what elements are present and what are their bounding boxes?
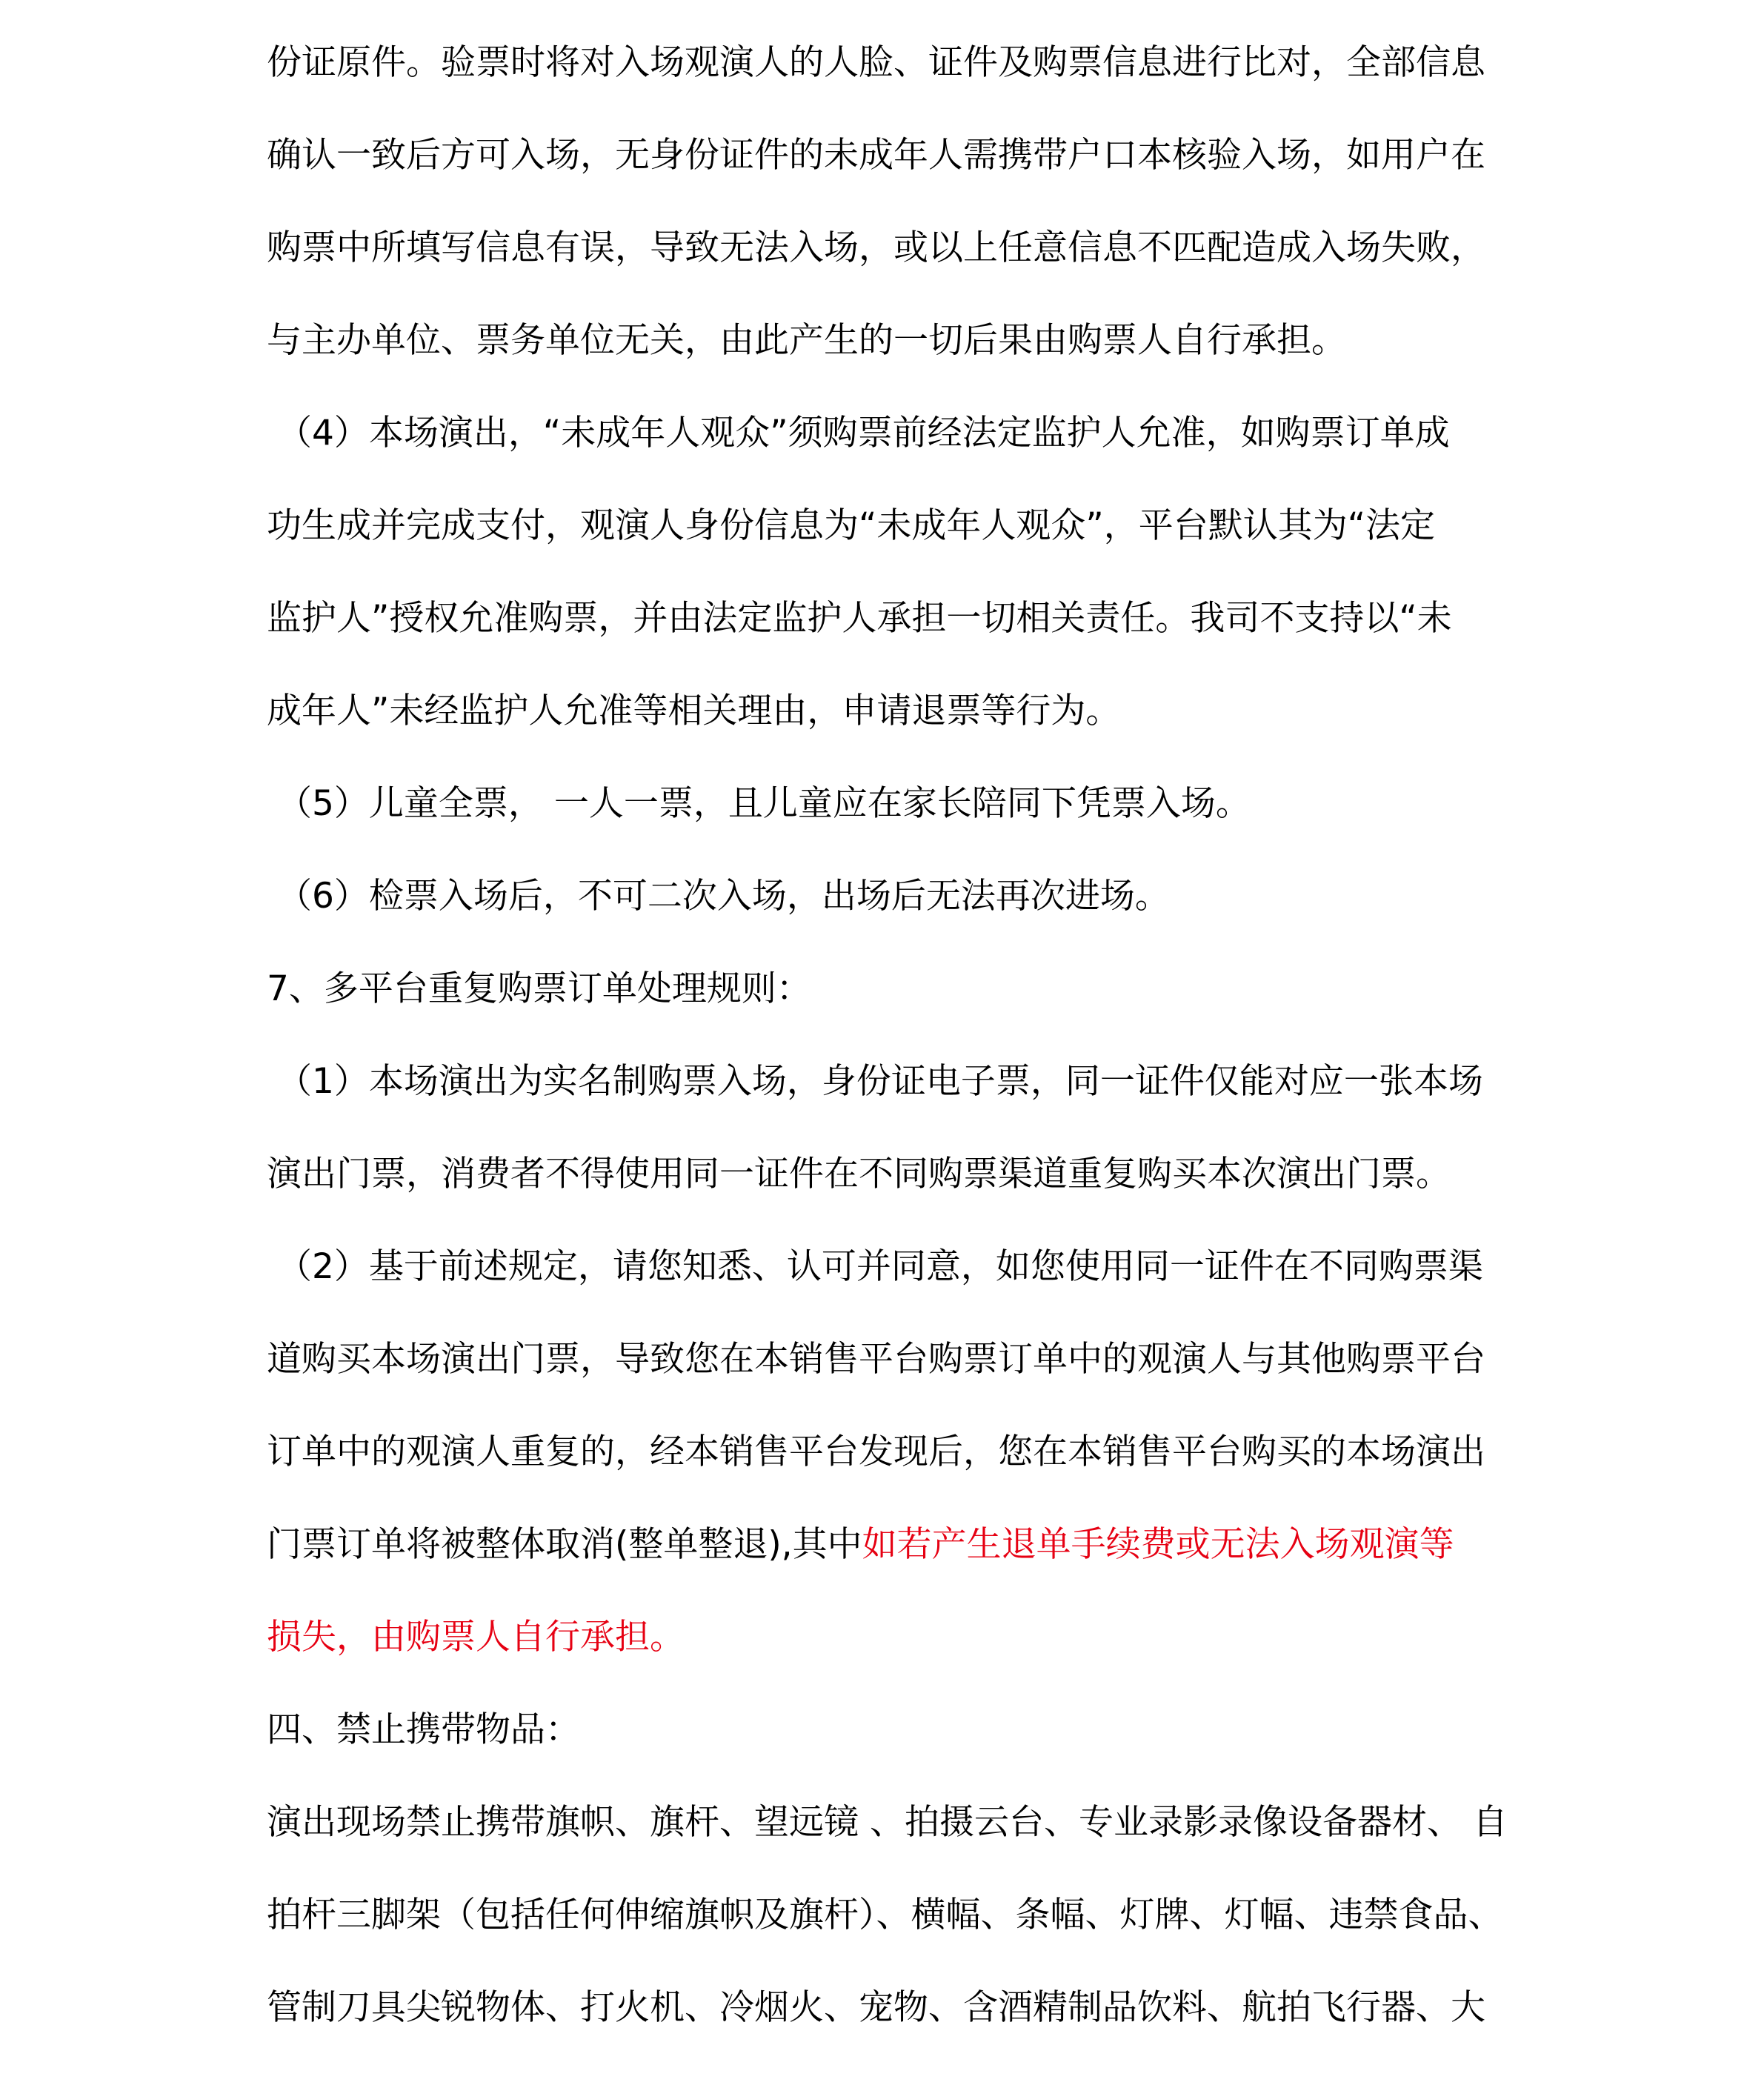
paragraph-line-prohibited-list-2: 拍杆三脚架（包括任何伸缩旗帜及旗杆）、横幅、条幅、灯牌、灯幅、违禁食品、	[267, 1889, 1503, 1941]
line-text: 订单中的观演人重复的，经本销售平台发现后，您在本销售平台购买的本场演出	[267, 1432, 1485, 1472]
heading-text: 四、禁止携带物品：	[267, 1709, 580, 1750]
section-heading-4-prohibited-items: 四、禁止携带物品：	[267, 1704, 580, 1756]
rule-item-6-no-reentry: （6）检票入场后，不可二次入场，出场后无法再次进场。	[277, 871, 1170, 922]
paragraph-line-no-duplicate-purchase: 演出门票，消费者不得使用同一证件在不同购票渠道重复购买本次演出门票。	[267, 1148, 1451, 1200]
paragraph-line-id-verification: 份证原件。验票时将对入场观演人的人脸、证件及购票信息进行比对，全部信息	[267, 37, 1485, 89]
line-text: （2）基于前述规定，请您知悉、认可并同意，如您使用同一证件在不同购票渠	[277, 1246, 1483, 1287]
line-text: （1）本场演出为实名制购票入场，身份证电子票，同一证件仅能对应一张本场	[277, 1061, 1483, 1102]
line-text: 管制刀具尖锐物体、打火机、冷烟火、宠物、含酒精制品饮料、航拍飞行器、大	[267, 1987, 1485, 2028]
paragraph-line-order-cancel: 门票订单将被整体取消(整单整退),其中如若产生退单手续费或无法入场观演等	[267, 1519, 1454, 1571]
paragraph-line-loss-warning: 损失，由购票人自行承担。	[267, 1612, 685, 1663]
line-text: （6）检票入场后，不可二次入场，出场后无法再次进场。	[277, 876, 1170, 917]
line-text: 道购买本场演出门票，导致您在本销售平台购票订单中的观演人与其他购票平台	[267, 1339, 1485, 1380]
line-text: 门票订单将被整体取消(整单整退),其中	[267, 1524, 862, 1565]
line-text: 份证原件。验票时将对入场观演人的人脸、证件及购票信息进行比对，全部信息	[267, 42, 1485, 83]
paragraph-line-platform-discovery: 订单中的观演人重复的，经本销售平台发现后，您在本销售平台购买的本场演出	[267, 1426, 1485, 1478]
paragraph-line-minor-hukou: 确认一致后方可入场，无身份证件的未成年人需携带户口本核验入场，如用户在	[267, 130, 1485, 182]
line-text: 监护人”授权允准购票，并由法定监护人承担一切相关责任。我司不支持以“未	[267, 598, 1452, 639]
line-text: 功生成并完成支付，观演人身份信息为“未成年人观众”，平台默认其为“法定	[267, 505, 1435, 546]
line-text: 确认一致后方可入场，无身份证件的未成年人需携带户口本核验入场，如用户在	[267, 135, 1485, 176]
paragraph-line-liability: 与主办单位、票务单位无关，由此产生的一切后果由购票人自行承担。	[267, 315, 1346, 367]
line-text: 购票中所填写信息有误，导致无法入场，或以上任意信息不匹配造成入场失败，	[267, 227, 1485, 268]
rule-item-4-minor-audience: （4）本场演出，“未成年人观众”须购票前经法定监护人允准，如购票订单成	[277, 408, 1450, 459]
paragraph-line-guardian-default: 功生成并完成支付，观演人身份信息为“未成年人观众”，平台默认其为“法定	[267, 500, 1435, 552]
heading-text: 7、多平台重复购票订单处理规则：	[267, 968, 811, 1009]
paragraph-line-cross-platform: 道购买本场演出门票，导致您在本销售平台购票订单中的观演人与其他购票平台	[267, 1334, 1485, 1386]
rule-item-1-real-name: （1）本场演出为实名制购票入场，身份证电子票，同一证件仅能对应一张本场	[277, 1056, 1483, 1108]
line-text: 演出门票，消费者不得使用同一证件在不同购票渠道重复购买本次演出门票。	[267, 1154, 1451, 1194]
paragraph-line-guardian-authorization: 监护人”授权允准购票，并由法定监护人承担一切相关责任。我司不支持以“未	[267, 593, 1452, 645]
line-text: 成年人”未经监护人允准等相关理由，申请退票等行为。	[267, 691, 1120, 731]
line-text: 与主办单位、票务单位无关，由此产生的一切后果由购票人自行承担。	[267, 320, 1346, 361]
paragraph-line-prohibited-list-3: 管制刀具尖锐物体、打火机、冷烟火、宠物、含酒精制品饮料、航拍飞行器、大	[267, 1982, 1485, 2034]
paragraph-line-no-refund-minor: 成年人”未经监护人允准等相关理由，申请退票等行为。	[267, 685, 1120, 737]
paragraph-line-prohibited-list-1: 演出现场禁止携带旗帜、旗杆、望远镜 、拍摄云台、专业录影录像设备器材、 自	[267, 1797, 1508, 1849]
rule-item-2-consent: （2）基于前述规定，请您知悉、认可并同意，如您使用同一证件在不同购票渠	[277, 1241, 1483, 1293]
rule-item-5-child-ticket: （5）儿童全票， 一人一票，且儿童应在家长陪同下凭票入场。	[277, 778, 1251, 830]
section-heading-7-duplicate-orders: 7、多平台重复购票订单处理规则：	[267, 963, 811, 1015]
line-text: 演出现场禁止携带旗帜、旗杆、望远镜 、拍摄云台、专业录影录像设备器材、 自	[267, 1802, 1508, 1843]
warning-text: 损失，由购票人自行承担。	[267, 1617, 685, 1658]
line-text: （4）本场演出，“未成年人观众”须购票前经法定监护人允准，如购票订单成	[277, 413, 1450, 453]
line-text: 拍杆三脚架（包括任何伸缩旗帜及旗杆）、横幅、条幅、灯牌、灯幅、违禁食品、	[267, 1895, 1503, 1935]
warning-text: 如若产生退单手续费或无法入场观演等	[862, 1524, 1454, 1565]
line-text: （5）儿童全票， 一人一票，且儿童应在家长陪同下凭票入场。	[277, 783, 1251, 824]
paragraph-line-info-error: 购票中所填写信息有误，导致无法入场，或以上任意信息不匹配造成入场失败，	[267, 222, 1485, 274]
